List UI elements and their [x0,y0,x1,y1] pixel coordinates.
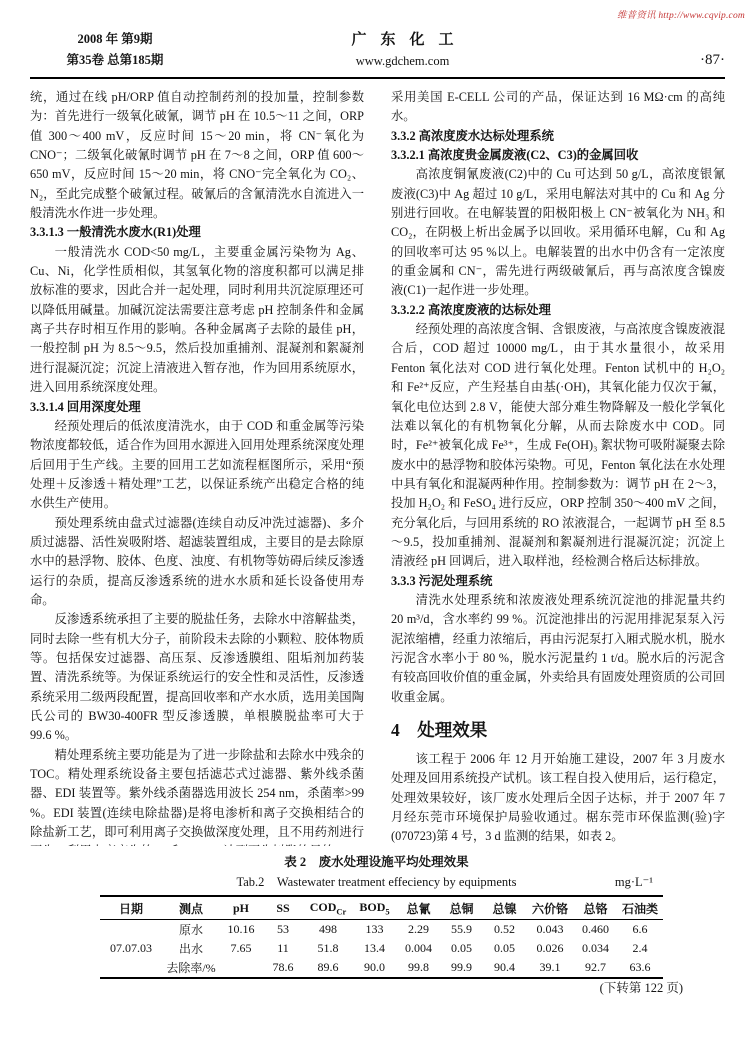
paragraph: 一般清洗水 COD<50 mg/L，主要重金属污染物为 Ag、Cu、Ni，化学性… [30,243,364,398]
table-header-cell: 测点 [162,896,220,920]
table-cell: 6.6 [617,920,663,940]
table-header-cell: 六价铬 [526,896,574,920]
table-row-removal-rate: 去除率/% 78.6 89.6 90.0 99.8 99.9 90.4 39.1… [100,958,663,978]
paragraph: 预处理系统由盘式过滤器(连续自动反冲洗过滤器)、多介质过滤器、活性炭吸附塔、超滤… [30,514,364,611]
paragraph: 经预处理后的低浓度清洗水，由于 COD 和重金属等污染物浓度都较低，适合作为回用… [30,417,364,514]
table-cell: 51.8 [304,939,352,958]
page-number: ·87· [605,52,725,71]
table-cell: 99.9 [440,958,483,978]
table-cell: 39.1 [526,958,574,978]
paragraph: 该工程于 2006 年 12 月开始施工建设，2007 年 3 月废水处理及回用… [391,750,725,846]
results-table: 日期 测点 pH SS CODCr BOD5 总氰 总铜 总镍 六价铬 总铬 石… [100,895,663,979]
table-cell-date: 07.07.03 [100,939,162,958]
table-caption-en-text: Tab.2 Wastewater treatment effeciency by… [236,875,516,889]
table-header-cell: CODCr [304,896,352,920]
table-cell: 89.6 [304,958,352,978]
column-left: 统，通过在线 pH/ORP 值自动控制药剂的投加量，控制参数为：首先进行一级氧化… [30,88,364,846]
table-cell-point: 出水 [162,939,220,958]
table-cell: 133 [352,920,397,940]
table-header-cell: 日期 [100,896,162,920]
table-cell: 92.7 [574,958,617,978]
journal-page: 维普资讯 http://www.cqvip.com 2008 年 第9期 第35… [0,0,753,1048]
continuation-note: (下转第 122 页) [0,978,753,996]
table-cell: 10.16 [220,920,262,940]
section-heading-4: 4 处理效果 [391,719,725,741]
table-header-cell: 总镍 [483,896,526,920]
table-cell: 90.0 [352,958,397,978]
table-caption-en: Tab.2 Wastewater treatment effeciency by… [100,872,653,892]
table-unit-label: mg·L⁻¹ [615,872,653,892]
table-cell: 0.034 [574,939,617,958]
table-cell: 498 [304,920,352,940]
table-cell-point: 原水 [162,920,220,940]
table-cell: 0.026 [526,939,574,958]
table-header-row: 日期 测点 pH SS CODCr BOD5 总氰 总铜 总镍 六价铬 总铬 石… [100,896,663,920]
table-cell: 0.52 [483,920,526,940]
results-table-section: 表 2 废水处理设施平均处理效果 Tab.2 Wastewater treatm… [0,852,753,979]
issue-line-2: 第35卷 总第185期 [30,50,200,71]
table-caption-zh: 表 2 废水处理设施平均处理效果 [100,852,653,872]
table-header-cell: pH [220,896,262,920]
table-cell: 2.29 [397,920,440,940]
cqvip-watermark: 维普资讯 http://www.cqvip.com [617,7,745,21]
table-cell: 7.65 [220,939,262,958]
table-header-cell: BOD5 [352,896,397,920]
table-header-cell: SS [262,896,304,920]
table-cell: 0.043 [526,920,574,940]
table-cell: 0.05 [440,939,483,958]
journal-masthead: 广东化工 www.gdchem.com [200,29,605,71]
issue-line-1: 2008 年 第9期 [30,29,200,50]
table-header-cell: 总铜 [440,896,483,920]
table-cell: 11 [262,939,304,958]
table-cell [220,958,262,978]
section-heading-3322: 3.3.2.2 高浓度废液的达标处理 [391,301,725,320]
paragraph: 清洗水处理系统和浓废液处理系统沉淀池的排泥量共约 20 m³/d，含水率约 99… [391,591,725,707]
table-cell: 90.4 [483,958,526,978]
paragraph: 高浓度铜氰废液(C2)中的 Cu 可达到 50 g/L，高浓度银氰废液(C3)中… [391,165,725,300]
table-cell: 99.8 [397,958,440,978]
issue-info: 2008 年 第9期 第35卷 总第185期 [30,29,200,71]
table-cell: 0.05 [483,939,526,958]
journal-url: www.gdchem.com [200,51,605,71]
header-divider [30,77,725,79]
table-cell: 2.4 [617,939,663,958]
table-cell-date [100,920,162,940]
table-cell-point: 去除率/% [162,958,220,978]
table-cell: 55.9 [440,920,483,940]
section-heading-3321: 3.3.2.1 高浓度贵金属废液(C2、C3)的金属回收 [391,146,725,165]
paragraph: 精处理系统主要功能是为了进一步除盐和去除水中残余的 TOC。精处理系统设备主要包… [30,746,364,846]
paragraph: 统，通过在线 pH/ORP 值自动控制药剂的投加量，控制参数为：首先进行一级氧化… [30,88,364,223]
table-cell: 13.4 [352,939,397,958]
article-body: 统，通过在线 pH/ORP 值自动控制药剂的投加量，控制参数为：首先进行一级氧化… [30,88,725,846]
table-header-cell: 总铬 [574,896,617,920]
table-cell: 53 [262,920,304,940]
section-heading-3313: 3.3.1.3 一般清洗水废水(R1)处理 [30,223,364,242]
table-row-effluent: 07.07.03 出水 7.65 11 51.8 13.4 0.004 0.05… [100,939,663,958]
paragraph: 采用美国 E-CELL 公司的产品，保证达到 16 MΩ·cm 的高纯水。 [391,88,725,127]
table-cell: 63.6 [617,958,663,978]
section-heading-332: 3.3.2 高浓度废水达标处理系统 [391,127,725,146]
table-cell-date [100,958,162,978]
journal-title: 广东化工 [200,29,605,51]
table-cell: 0.004 [397,939,440,958]
page-header: 2008 年 第9期 第35卷 总第185期 广东化工 www.gdchem.c… [30,29,725,71]
column-right: 采用美国 E-CELL 公司的产品，保证达到 16 MΩ·cm 的高纯水。 3.… [391,88,725,846]
table-cell: 78.6 [262,958,304,978]
table-cell: 0.460 [574,920,617,940]
section-heading-3314: 3.3.1.4 回用深度处理 [30,398,364,417]
paragraph: 经预处理的高浓度含铜、含银废液，与高浓度含镍废液混合后，COD 超过 10000… [391,320,725,571]
section-heading-333: 3.3.3 污泥处理系统 [391,572,725,591]
table-header-cell: 石油类 [617,896,663,920]
paragraph: 反渗透系统承担了主要的脱盐任务，去除水中溶解盐类，同时去除一些有机大分子，前阶段… [30,610,364,745]
table-header-cell: 总氰 [397,896,440,920]
table-row-raw-water: 原水 10.16 53 498 133 2.29 55.9 0.52 0.043… [100,920,663,940]
